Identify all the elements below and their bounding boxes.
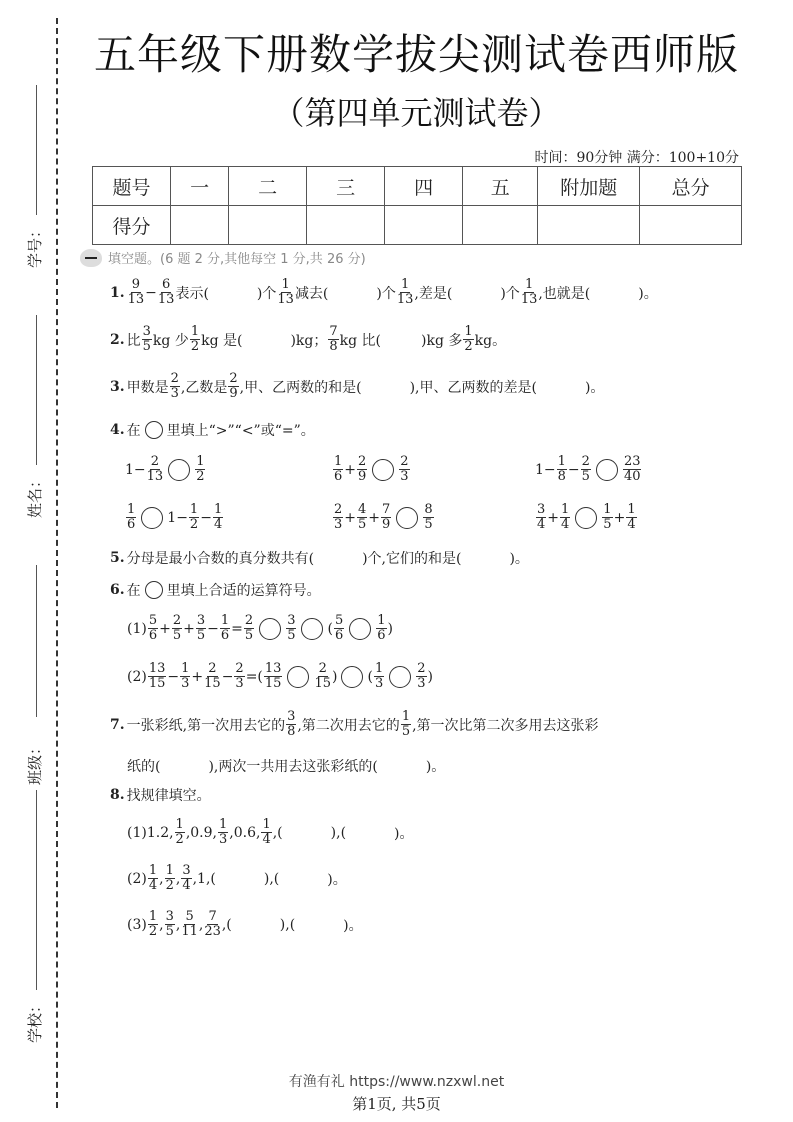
question-text: )个	[257, 283, 276, 303]
question-text: ,第二次用去它的	[297, 715, 399, 735]
question-number: 3.	[110, 379, 125, 395]
name-field[interactable]: 姓名：	[0, 310, 54, 510]
question-text: )。	[509, 548, 528, 568]
score-cell[interactable]	[229, 206, 307, 245]
circle-icon	[145, 581, 163, 599]
compare-item-1: 1−213 12	[125, 455, 206, 484]
question-7: 7. 一张彩纸,第一次用去它的 38 ,第二次用去它的 15 ,第一次比第二次多…	[110, 710, 599, 739]
question-text: kg 是(	[201, 330, 242, 350]
page-title: 五年级下册数学拔尖测试卷西师版	[60, 22, 773, 82]
score-table: 题号 一 二 三 四 五 附加题 总分 得分	[92, 166, 742, 245]
score-cell[interactable]	[307, 206, 385, 245]
question-number: 8.	[110, 787, 125, 803]
question-number: 4.	[110, 422, 125, 438]
question-number: 7.	[110, 717, 125, 733]
fraction: 29	[228, 372, 238, 401]
fraction: 23	[170, 372, 180, 401]
question-text: 一张彩纸,第一次用去它的	[127, 715, 285, 735]
question-text: )个,它们的和是(	[362, 548, 461, 568]
question-8-sub-2: (2)14,12,34,1,(),()。	[127, 864, 347, 893]
school-line	[36, 790, 37, 990]
question-number: 5.	[110, 550, 125, 566]
answer-circle[interactable]	[341, 666, 363, 688]
score-cell[interactable]	[538, 206, 640, 245]
question-text: 在	[127, 420, 141, 440]
question-6-sub-1: (1)56+25+35−16=25 35 (56 16)	[127, 614, 393, 643]
page-number: 第1页, 共5页	[0, 1093, 793, 1114]
question-8-sub-1: (1)1.2,12,0.9,13,0.6,14,(),()。	[127, 818, 414, 847]
question-2: 2. 比 35 kg 少 12 kg 是( )kg； 78 kg 比( )kg …	[110, 325, 506, 354]
question-text: 里填上“>”“<”或“=”。	[167, 420, 315, 440]
answer-circle[interactable]	[301, 618, 323, 640]
table-cell: 五	[463, 167, 538, 206]
question-text: )个	[500, 283, 519, 303]
question-text: )kg 多	[421, 330, 462, 350]
question-text: 找规律填空。	[127, 785, 211, 805]
school-field[interactable]: 学校：	[0, 790, 54, 1040]
student-id-label: 学号：	[24, 223, 45, 268]
question-7-line-2: 纸的( ),两次一共用去这张彩纸的( )。	[127, 756, 445, 776]
answer-circle[interactable]	[141, 507, 163, 529]
answer-circle[interactable]	[575, 507, 597, 529]
question-4: 4. 在 里填上“>”“<”或“=”。	[110, 420, 315, 440]
question-number: 6.	[110, 582, 125, 598]
question-5: 5. 分母是最小合数的真分数共有( )个,它们的和是( )。	[110, 548, 529, 568]
section-1-heading: 填空题。(6 题 2 分,其他每空 1 分,共 26 分)	[80, 248, 366, 267]
question-text: 在	[127, 580, 141, 600]
question-text: 纸的(	[127, 756, 160, 776]
school-label: 学校：	[24, 998, 45, 1043]
question-1: 1. 913 − 613 表示( )个 113 减去( )个 113 ,差是( …	[110, 278, 658, 307]
question-6-sub-2: (2)1315−13+215−23=(1315 215) (13 23)	[127, 662, 433, 691]
question-text: 比	[127, 330, 141, 350]
table-cell: 题号	[93, 167, 171, 206]
cut-line	[56, 18, 58, 1108]
fraction: 35	[142, 325, 152, 354]
answer-circle[interactable]	[372, 459, 394, 481]
question-number: 1.	[110, 285, 125, 301]
question-text: )。	[638, 283, 657, 303]
question-text: 里填上合适的运算符号。	[167, 580, 321, 600]
question-text: 分母是最小合数的真分数共有(	[127, 548, 314, 568]
section-heading-text: 填空题。(6 题 2 分,其他每空 1 分,共 26 分)	[108, 248, 366, 267]
question-text: kg 少	[153, 330, 189, 350]
time-score-info: 时间：90分钟 满分：100+10分	[534, 147, 739, 167]
score-cell[interactable]	[385, 206, 463, 245]
fraction: 113	[521, 278, 538, 307]
answer-circle[interactable]	[596, 459, 618, 481]
question-number: 2.	[110, 332, 125, 348]
fraction: 913	[128, 278, 145, 307]
table-cell: 得分	[93, 206, 171, 245]
circle-icon	[145, 421, 163, 439]
question-3: 3. 甲数是 23 ,乙数是 29 ,甲、乙两数的和是( ),甲、乙两数的差是(…	[110, 372, 604, 401]
score-table-score-row: 得分	[93, 206, 742, 245]
answer-circle[interactable]	[396, 507, 418, 529]
question-text: ),甲、乙两数的差是(	[410, 377, 537, 397]
fraction: 15	[401, 710, 411, 739]
table-cell: 四	[385, 167, 463, 206]
question-text: ,也就是(	[538, 283, 590, 303]
fraction: 113	[277, 278, 294, 307]
student-id-field[interactable]: 学号：	[0, 85, 54, 285]
question-text: ,差是(	[414, 283, 452, 303]
question-text: )个	[376, 283, 395, 303]
score-cell[interactable]	[463, 206, 538, 245]
table-cell: 三	[307, 167, 385, 206]
question-text: )kg；	[290, 330, 327, 350]
operator: −	[145, 285, 157, 301]
fraction: 12	[463, 325, 473, 354]
score-table-header-row: 题号 一 二 三 四 五 附加题 总分	[93, 167, 742, 206]
table-cell: 总分	[640, 167, 742, 206]
table-cell: 一	[171, 167, 229, 206]
class-line	[36, 565, 37, 717]
question-8-sub-3: (3)12,35,511,723,(),()。	[127, 910, 363, 939]
name-line	[36, 315, 37, 465]
question-text: )。	[585, 377, 604, 397]
score-cell[interactable]	[171, 206, 229, 245]
fraction: 12	[190, 325, 200, 354]
question-text: 减去(	[295, 283, 328, 303]
fraction: 78	[328, 325, 338, 354]
compare-item-5: 23+45+79 85	[332, 503, 435, 532]
question-text: ,乙数是	[181, 377, 227, 397]
question-8: 8. 找规律填空。	[110, 785, 211, 805]
answer-circle[interactable]	[389, 666, 411, 688]
watermark-link[interactable]: 有渔有礼 https://www.nzxwl.net	[0, 1071, 793, 1091]
compare-item-3: 1−18−25 2340	[535, 455, 642, 484]
question-text: 甲数是	[127, 377, 169, 397]
fraction: 613	[158, 278, 175, 307]
question-text: )。	[426, 756, 445, 776]
class-field[interactable]: 班级：	[0, 565, 54, 785]
answer-circle[interactable]	[287, 666, 309, 688]
question-text: ,第一次比第二次多用去这张彩	[412, 715, 598, 735]
table-cell: 附加题	[538, 167, 640, 206]
student-id-line	[36, 85, 37, 215]
fraction: 38	[286, 710, 296, 739]
answer-circle[interactable]	[168, 459, 190, 481]
section-number-badge-icon	[80, 249, 102, 267]
compare-item-4: 16 1−12−14	[125, 503, 224, 532]
fraction: 113	[397, 278, 414, 307]
score-cell[interactable]	[640, 206, 742, 245]
class-label: 班级：	[24, 740, 45, 785]
question-6: 6. 在 里填上合适的运算符号。	[110, 580, 321, 600]
table-cell: 二	[229, 167, 307, 206]
answer-circle[interactable]	[349, 618, 371, 640]
question-text: 表示(	[175, 283, 208, 303]
compare-item-6: 34+14 15+14	[535, 503, 638, 532]
question-text: kg。	[475, 330, 506, 350]
answer-circle[interactable]	[259, 618, 281, 640]
question-text: ),两次一共用去这张彩纸的(	[208, 756, 377, 776]
question-text: ,甲、乙两数的和是(	[240, 377, 362, 397]
page-subtitle: （第四单元测试卷）	[60, 88, 773, 134]
compare-item-2: 16+29 23	[332, 455, 411, 484]
question-text: kg 比(	[340, 330, 381, 350]
name-label: 姓名：	[24, 473, 45, 518]
